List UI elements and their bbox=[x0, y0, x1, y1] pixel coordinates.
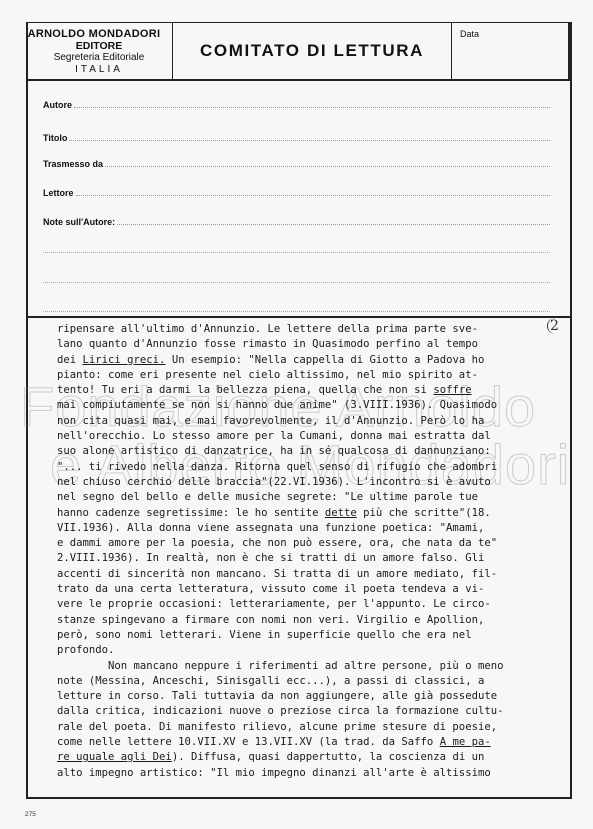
field-line bbox=[74, 106, 550, 108]
text-line: 2.VIII.1936). In realtà, non è che si tr… bbox=[57, 551, 557, 566]
text-line: lano quanto d'Annunzio fosse rimasto in … bbox=[57, 337, 557, 352]
text-line: accenti di sincerità non mancano. Si tra… bbox=[57, 567, 557, 582]
field-line bbox=[117, 223, 550, 225]
text-line: dalla critica, indicazioni nuove o prezi… bbox=[57, 704, 557, 719]
text-line: suo alone artistico di danzatrice, ha in… bbox=[57, 444, 557, 459]
field-label: Lettore bbox=[43, 188, 76, 198]
publisher-block: ARNOLDO MONDADORI EDITORE Segreteria Edi… bbox=[26, 23, 173, 79]
field-note-autore[interactable]: Note sull'Autore: bbox=[43, 217, 550, 227]
section-divider bbox=[26, 316, 570, 318]
field-line bbox=[69, 139, 550, 141]
text-line: hanno cadenze segretissime: le ho sentit… bbox=[57, 506, 557, 521]
text-line: però, sono nomi letterari. Viene in supe… bbox=[57, 628, 557, 643]
note-line bbox=[43, 252, 550, 253]
title-cell: COMITATO DI LETTURA bbox=[173, 23, 452, 79]
form-header: ARNOLDO MONDADORI EDITORE Segreteria Edi… bbox=[26, 22, 570, 81]
text-line: non cita quasi mai, e mai favorevolmente… bbox=[57, 414, 557, 429]
text-line: ripensare all'ultimo d'Annunzio. Le lett… bbox=[57, 322, 557, 337]
field-label: Trasmesso da bbox=[43, 159, 105, 169]
text-line: "... ti rivedo nella danza. Ritorna quel… bbox=[57, 460, 557, 475]
field-line bbox=[76, 194, 550, 196]
field-label: Titolo bbox=[43, 133, 69, 143]
text-line: stanze spingevano a firmare con nomi non… bbox=[57, 613, 557, 628]
date-cell: Data bbox=[452, 23, 568, 79]
underlined-title: soffre bbox=[433, 384, 471, 396]
publisher-country: ITALIA bbox=[26, 64, 172, 76]
handwritten-page-number: 2 bbox=[547, 318, 559, 334]
footer-page-number: 275 bbox=[25, 811, 36, 818]
note-line bbox=[43, 282, 550, 283]
publisher-dept: Segreteria Editoriale bbox=[26, 52, 172, 64]
publisher-role: EDITORE bbox=[26, 40, 172, 52]
underlined-title: Lirici greci. bbox=[83, 354, 166, 366]
text-line: tento! Tu eri a darmi la bellezza piena,… bbox=[57, 383, 557, 398]
form-title: COMITATO DI LETTURA bbox=[200, 41, 424, 61]
text-line: nel segno del bello e delle musiche segr… bbox=[57, 490, 557, 505]
form-fields: Autore Titolo Trasmesso da Lettore Note … bbox=[28, 80, 568, 316]
text-line: letture in corso. Tali tuttavia da non a… bbox=[57, 689, 557, 704]
underlined-title: A me pa- bbox=[440, 736, 491, 748]
text-line: profondo. bbox=[57, 643, 557, 658]
typed-review-text: ripensare all'ultimo d'Annunzio. Le lett… bbox=[57, 322, 557, 781]
text-line: Non mancano neppure i riferimenti ad alt… bbox=[57, 659, 557, 674]
field-label: Note sull'Autore: bbox=[43, 217, 117, 227]
field-label: Autore bbox=[43, 100, 74, 110]
underlined-title: dette bbox=[325, 507, 357, 519]
text-line: dei Lirici greci. Un esempio: "Nella cap… bbox=[57, 353, 557, 368]
field-trasmesso-da[interactable]: Trasmesso da bbox=[43, 159, 550, 169]
field-autore[interactable]: Autore bbox=[43, 100, 550, 110]
field-titolo[interactable]: Titolo bbox=[43, 133, 550, 143]
text-line: VII.1936). Alla donna viene assegnata un… bbox=[57, 521, 557, 536]
text-line: re uguale agli Dei). Diffusa, quasi dapp… bbox=[57, 750, 557, 765]
text-line: note (Messina, Anceschi, Sinisgalli ecc.… bbox=[57, 674, 557, 689]
text-line: nell'orecchio. Lo stesso amore per la Cu… bbox=[57, 429, 557, 444]
date-label: Data bbox=[460, 29, 479, 39]
text-line: come nelle lettere 10.VII.XV e 13.VII.XV… bbox=[57, 735, 557, 750]
text-line: vere le proprie occasioni: letterariamen… bbox=[57, 597, 557, 612]
publisher-name: ARNOLDO MONDADORI bbox=[16, 28, 172, 40]
text-line: alto impegno artistico: "Il mio impegno … bbox=[57, 766, 557, 781]
text-line: rale del poeta. Di manifesto rilievo, al… bbox=[57, 720, 557, 735]
field-line bbox=[105, 165, 550, 167]
text-line: mai compiutamente se non si hanno due an… bbox=[57, 398, 557, 413]
text-line: pianto: come eri presente nel cielo alti… bbox=[57, 368, 557, 383]
text-line: trato da una certa letteratura, vissuto … bbox=[57, 582, 557, 597]
underlined-title: re uguale agli Dei bbox=[57, 751, 172, 763]
field-lettore[interactable]: Lettore bbox=[43, 188, 550, 198]
note-line bbox=[43, 311, 550, 312]
text-line: e dammi amore per la poesia, che non può… bbox=[57, 536, 557, 551]
text-line: nel chiuso cerchio delle braccia"(22.VI.… bbox=[57, 475, 557, 490]
